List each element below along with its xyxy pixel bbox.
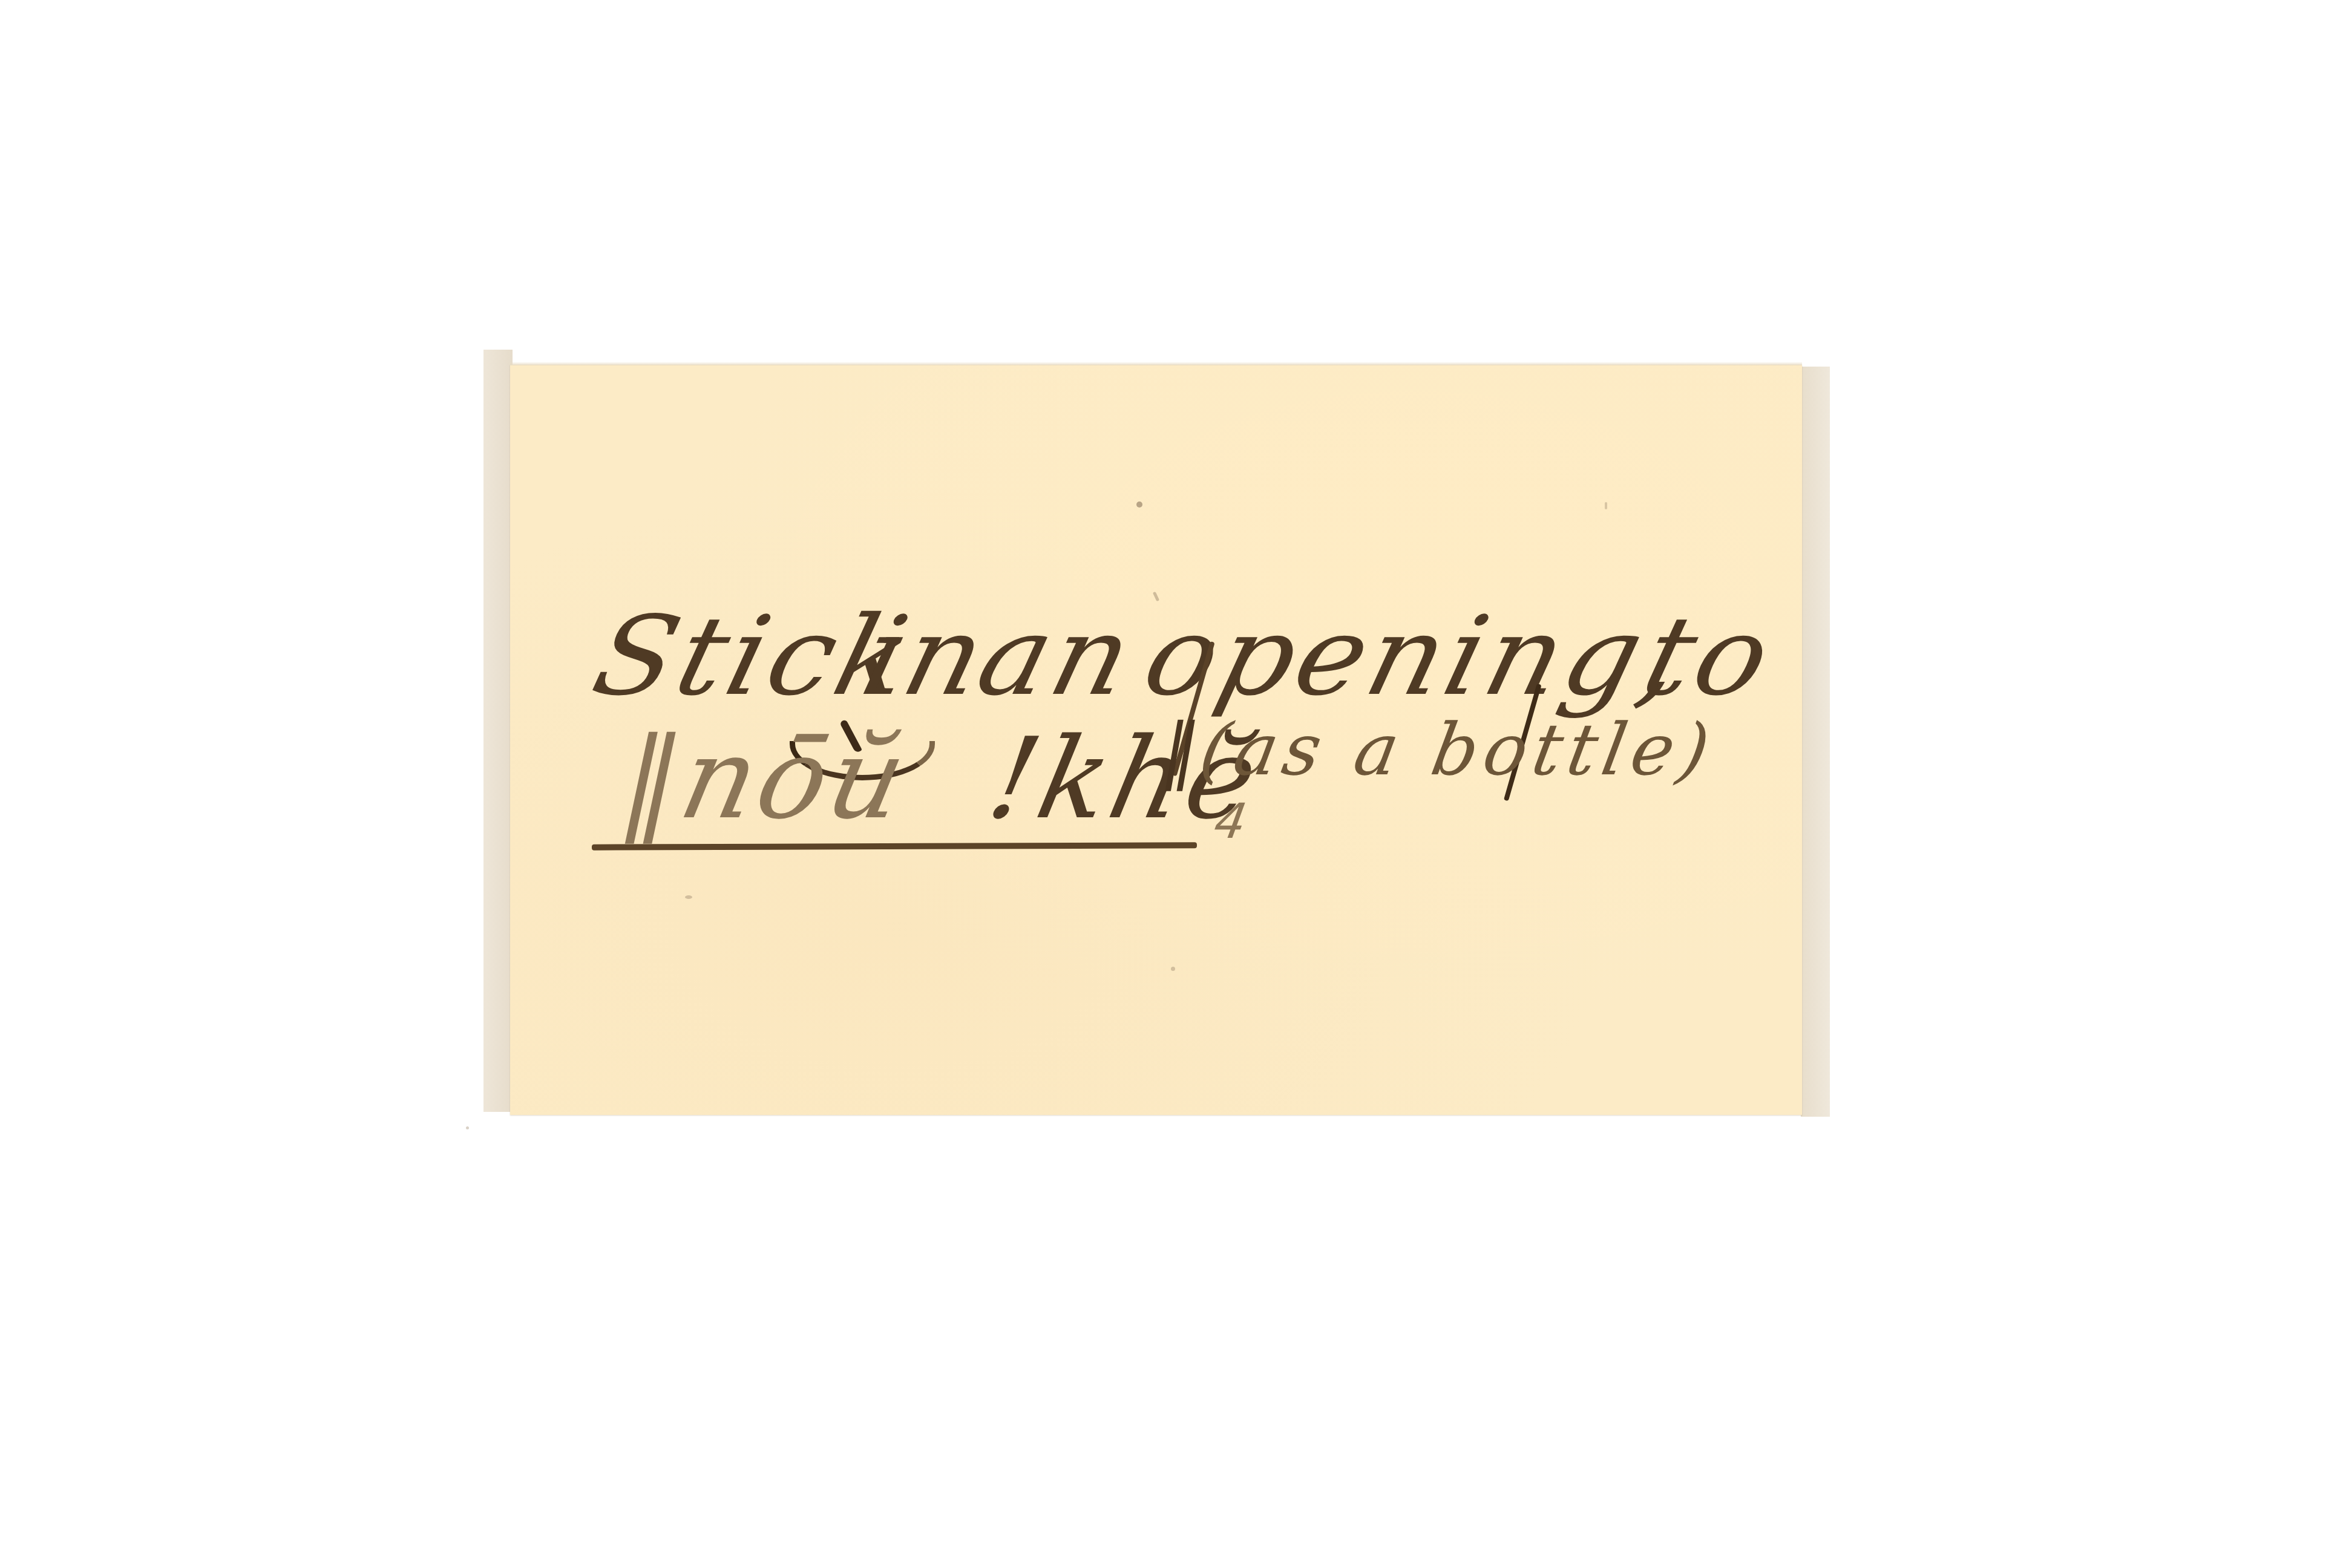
- scanned-document: Stick in an opening, to ‖nōŭ !khĕ ‖ (as …: [0, 0, 2343, 1568]
- paper-speck: [1171, 967, 1175, 971]
- paper-speck: [685, 895, 692, 899]
- paper-speck: [1605, 502, 1607, 509]
- paper-speck: [1136, 501, 1142, 508]
- card-edge: [510, 362, 1802, 365]
- paper-speck: [466, 1126, 469, 1129]
- handwriting-word-click: ‖nōŭ: [612, 723, 919, 835]
- mounting-strip-left: [483, 350, 513, 1112]
- handwriting-word: an: [968, 602, 1145, 711]
- gloss-note: (as a bottle): [1195, 714, 1720, 785]
- mounting-strip-right: [1801, 367, 1830, 1117]
- handwriting-word: opening,: [1135, 602, 1697, 711]
